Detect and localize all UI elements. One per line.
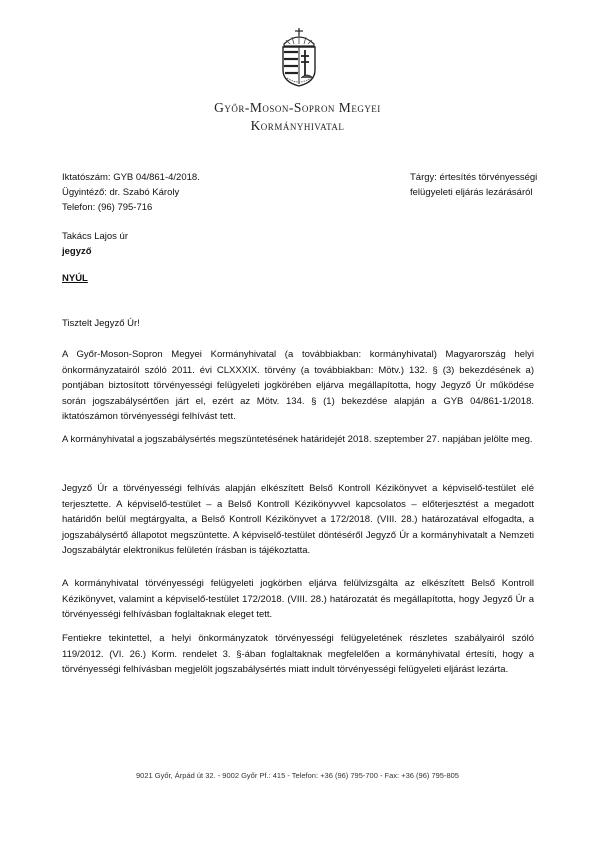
addressee-name: Takács Lajos úr <box>62 229 128 244</box>
body-paragraph: Fentiekre tekintettel, a helyi önkormány… <box>62 631 534 678</box>
addressee-city: NYÚL <box>62 273 88 284</box>
hungarian-coat-of-arms-icon <box>278 28 320 88</box>
addressee-block: Takács Lajos úr jegyző <box>62 229 128 259</box>
body-paragraph: Jegyző Úr a törvényességi felhívás alapj… <box>62 481 534 559</box>
body-paragraph: A kormányhivatal a jogszabálysértés megs… <box>62 432 534 448</box>
organization-name: Győr-Moson-Sopron Megyei <box>0 100 595 116</box>
addressee-title: jegyző <box>62 244 128 259</box>
reference-block: Iktatószám: GYB 04/861-4/2018. Ügyintéző… <box>62 170 200 215</box>
body-paragraph: A kormányhivatal törvényességi felügyele… <box>62 576 534 623</box>
reference-number: Iktatószám: GYB 04/861-4/2018. <box>62 170 200 185</box>
footer-contact: 9021 Győr, Árpád út 32. - 9002 Győr Pf.:… <box>0 771 595 780</box>
organization-name-line2: Kormányhivatal <box>0 118 595 134</box>
body-paragraph: A Győr-Moson-Sopron Megyei Kormányhivata… <box>62 347 534 425</box>
subject-line1: Tárgy: értesítés törvényességi <box>410 170 537 185</box>
subject-block: Tárgy: értesítés törvényességi felügyele… <box>410 170 537 200</box>
subject-line2: felügyeleti eljárás lezárásáról <box>410 185 537 200</box>
phone-number: Telefon: (96) 795-716 <box>62 200 200 215</box>
salutation: Tisztelt Jegyző Úr! <box>62 318 140 329</box>
case-officer: Ügyintéző: dr. Szabó Károly <box>62 185 200 200</box>
